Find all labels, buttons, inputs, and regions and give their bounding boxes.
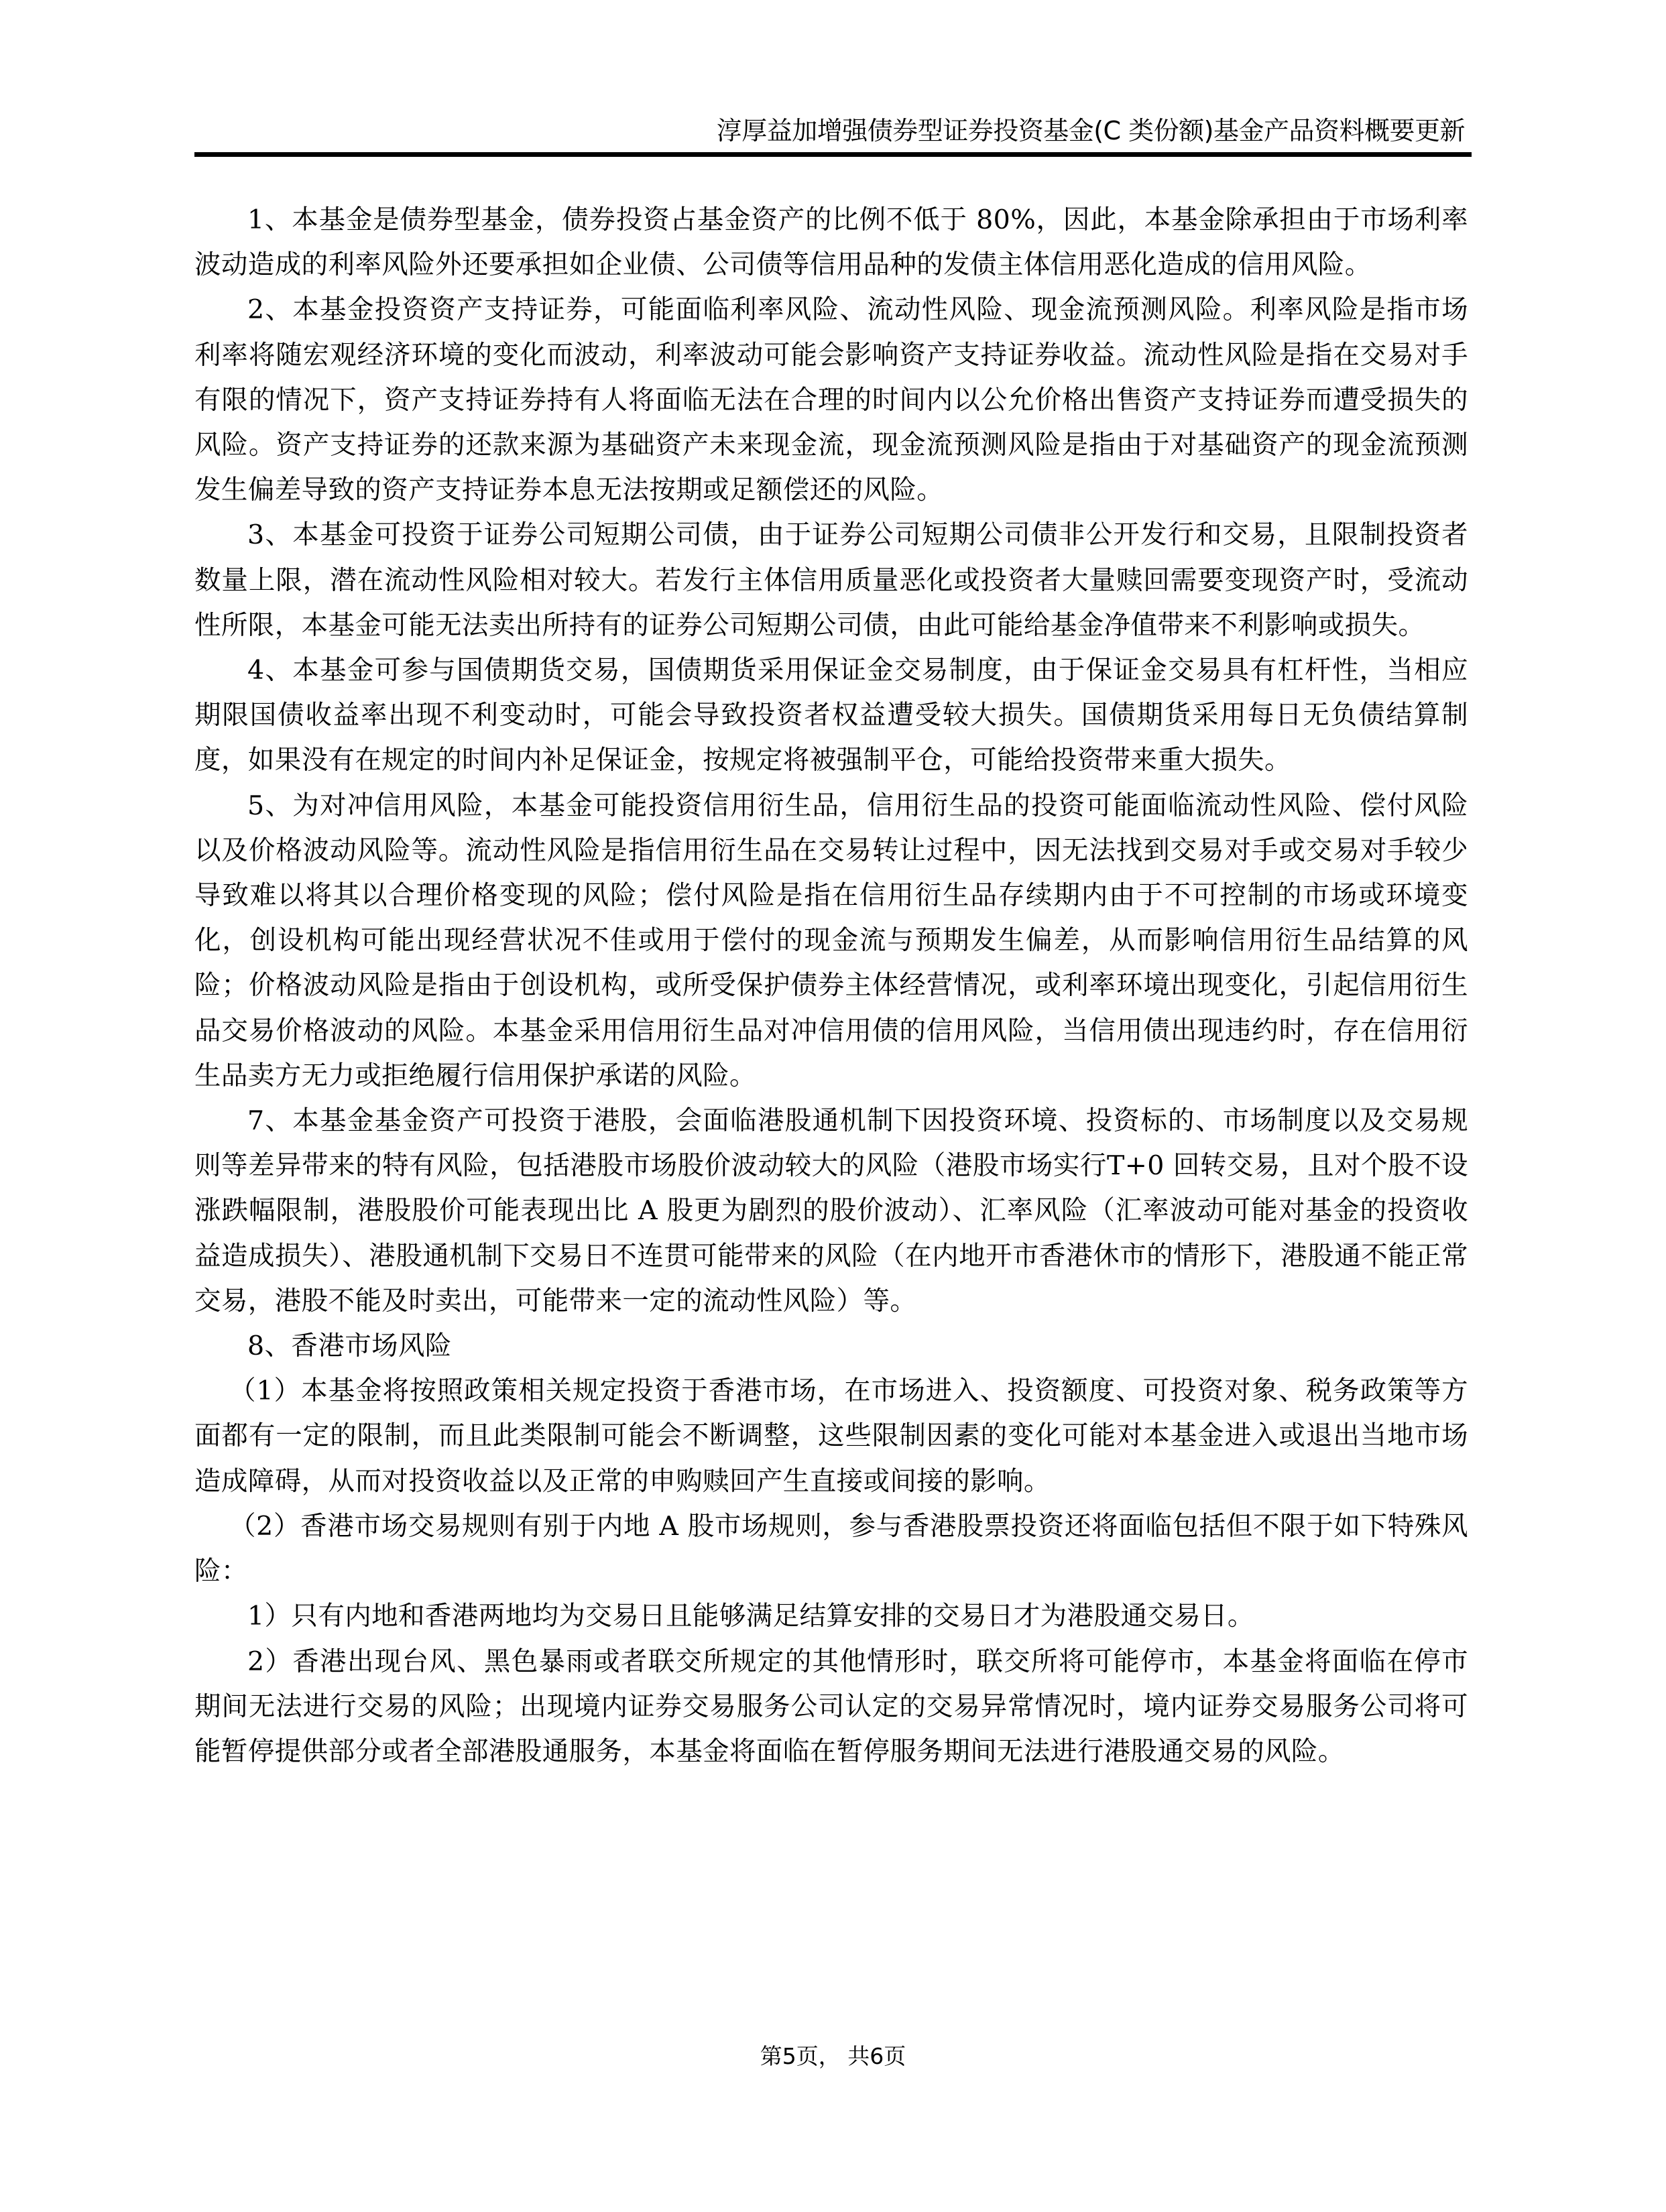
document-title: 淳厚益加增强债券型证券投资基金(C 类份额)基金产品资料概要更新	[717, 116, 1465, 145]
document-body: 1、本基金是债券型基金，债券投资占基金资产的比例不低于 80%，因此，本基金除承…	[194, 198, 1468, 1774]
hk-risk-subparagraph-1: （1）本基金将按照政策相关规定投资于香港市场，在市场进入、投资额度、可投资对象、…	[194, 1369, 1468, 1504]
hk-special-risk-item-1: 1）只有内地和香港两地均为交易日且能够满足结算安排的交易日才为港股通交易日。	[194, 1594, 1468, 1639]
risk-paragraph-5: 5、为对冲信用风险，本基金可能投资信用衍生品，信用衍生品的投资可能面临流动性风险…	[194, 784, 1468, 1099]
hk-risk-subparagraph-2: （2）香港市场交易规则有别于内地 A 股市场规则，参与香港股票投资还将面临包括但…	[194, 1504, 1468, 1594]
risk-paragraph-1: 1、本基金是债券型基金，债券投资占基金资产的比例不低于 80%，因此，本基金除承…	[194, 198, 1468, 288]
page-header: 淳厚益加增强债券型证券投资基金(C 类份额)基金产品资料概要更新	[194, 113, 1472, 157]
section-heading-hk-market-risk: 8、香港市场风险	[194, 1324, 1468, 1369]
risk-paragraph-2: 2、本基金投资资产支持证券，可能面临利率风险、流动性风险、现金流预测风险。利率风…	[194, 288, 1468, 513]
risk-paragraph-3: 3、本基金可投资于证券公司短期公司债，由于证券公司短期公司债非公开发行和交易，且…	[194, 513, 1468, 648]
risk-paragraph-7: 7、本基金基金资产可投资于港股，会面临港股通机制下因投资环境、投资标的、市场制度…	[194, 1099, 1468, 1324]
page-number: 第5页， 共6页	[0, 2043, 1666, 2070]
risk-paragraph-4: 4、本基金可参与国债期货交易，国债期货采用保证金交易制度，由于保证金交易具有杠杆…	[194, 648, 1468, 784]
hk-special-risk-item-2: 2）香港出现台风、黑色暴雨或者联交所规定的其他情形时，联交所将可能停市，本基金将…	[194, 1640, 1468, 1775]
